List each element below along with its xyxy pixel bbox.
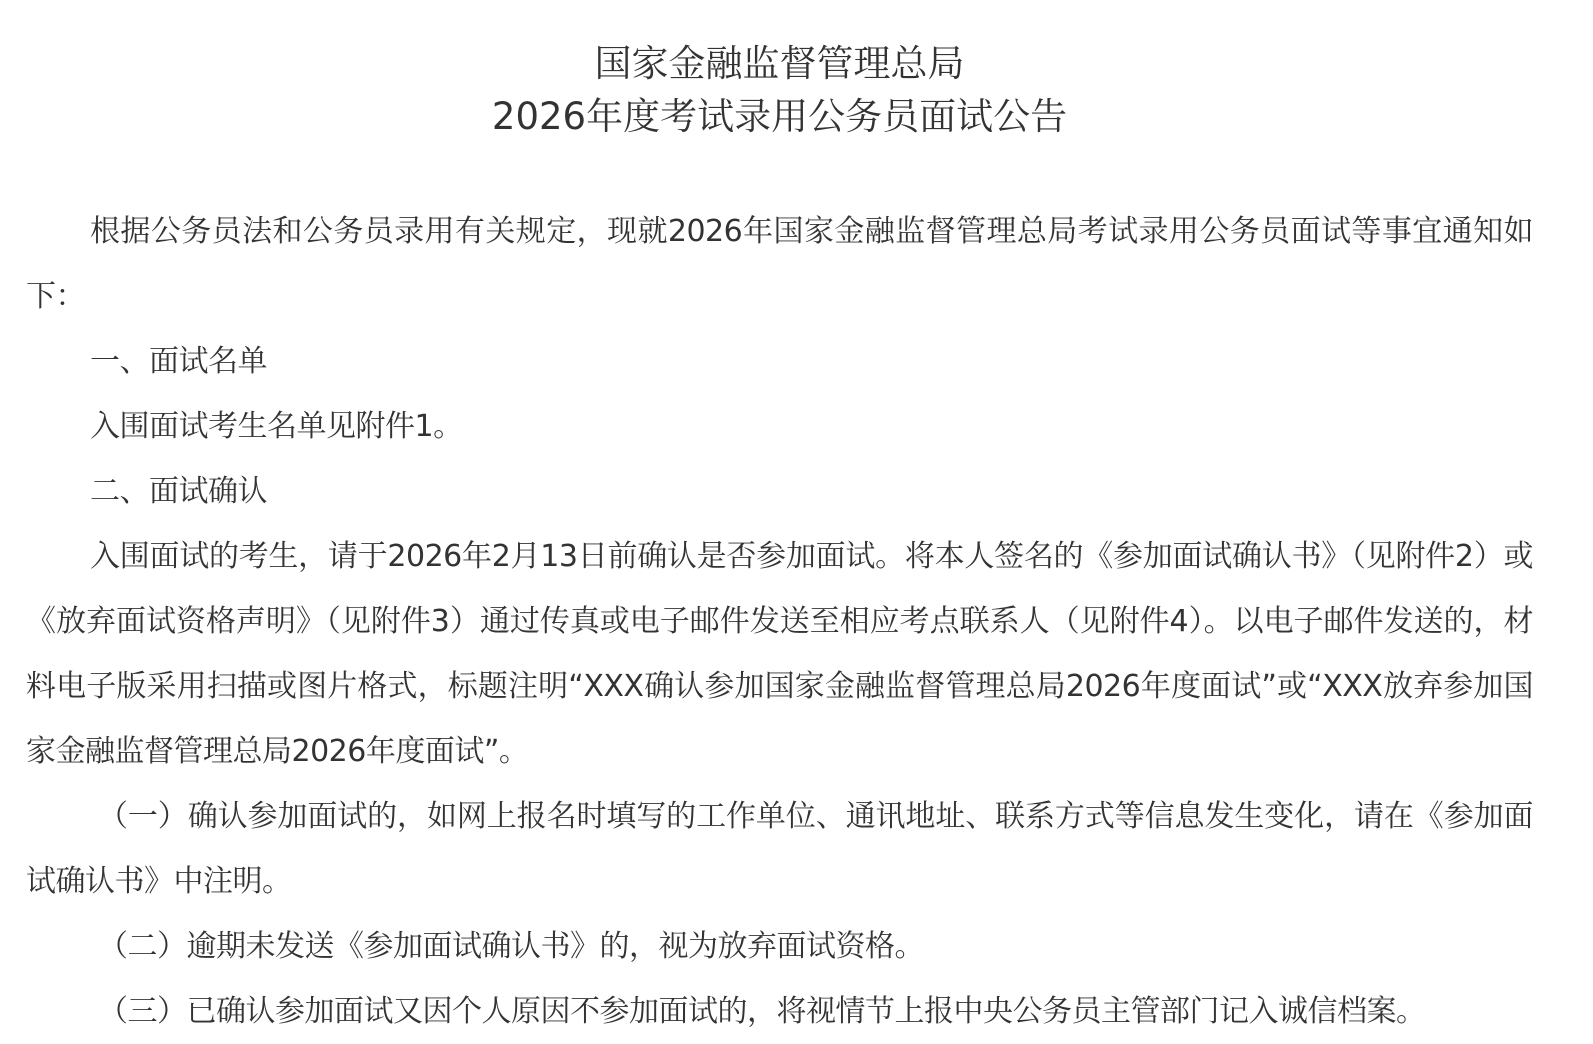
- title-line-1: 国家金融监督管理总局: [26, 37, 1533, 90]
- section-heading-interview-list: 一、面试名单: [26, 329, 1533, 394]
- interview-list-paragraph: 入围面试考生名单见附件1。: [26, 394, 1533, 459]
- document-body: 根据公务员法和公务员录用有关规定，现就2026年国家金融监督管理总局考试录用公务…: [26, 199, 1533, 1044]
- confirmation-item-3: （三）已确认参加面试又因个人原因不参加面试的，将视情节上报中央公务员主管部门记入…: [26, 979, 1533, 1044]
- intro-paragraph: 根据公务员法和公务员录用有关规定，现就2026年国家金融监督管理总局考试录用公务…: [26, 199, 1533, 329]
- section-heading-interview-confirmation: 二、面试确认: [26, 459, 1533, 524]
- confirmation-item-2: （二）逾期未发送《参加面试确认书》的，视为放弃面试资格。: [26, 914, 1533, 979]
- announcement-document: 国家金融监督管理总局 2026年度考试录用公务员面试公告 根据公务员法和公务员录…: [26, 0, 1533, 1044]
- confirmation-item-1: （一）确认参加面试的，如网上报名时填写的工作单位、通讯地址、联系方式等信息发生变…: [26, 784, 1533, 914]
- confirmation-paragraph: 入围面试的考生，请于2026年2月13日前确认是否参加面试。将本人签名的《参加面…: [26, 524, 1533, 784]
- title-line-2: 2026年度考试录用公务员面试公告: [26, 90, 1533, 143]
- document-title: 国家金融监督管理总局 2026年度考试录用公务员面试公告: [26, 0, 1533, 143]
